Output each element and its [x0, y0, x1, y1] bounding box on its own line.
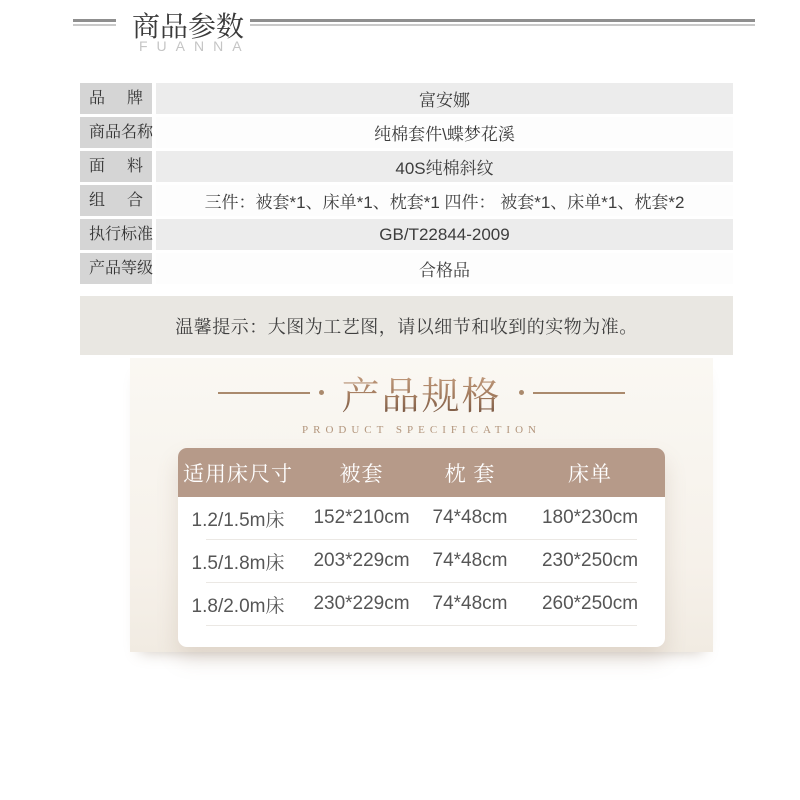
spec-cell: 230*250cm — [515, 550, 665, 572]
spec-cell: 180*230cm — [515, 507, 665, 529]
spec-cell: 1.2/1.5m床 — [178, 505, 298, 532]
spec-col-header-bed-size: 适用床尺寸 — [178, 458, 298, 488]
deco-dot-right-icon — [519, 390, 524, 395]
row-divider — [206, 625, 637, 626]
param-value-fabric: 40S纯棉斜纹 — [156, 151, 733, 182]
param-value-brand: 富安娜 — [156, 83, 733, 114]
notice-text: 温馨提示：大图为工艺图，请以细节和收到的实物为准。 — [175, 313, 638, 339]
brand-name: FUANNA — [139, 38, 251, 54]
spec-panel: 产品规格 PRODUCT SPECIFICATION 适用床尺寸 被套 枕 套 … — [130, 358, 713, 652]
spec-cell: 1.5/1.8m床 — [178, 548, 298, 575]
header-rule-left-icon — [73, 19, 116, 26]
spec-section-subtitle: PRODUCT SPECIFICATION — [302, 424, 541, 436]
spec-cell: 74*48cm — [425, 507, 515, 529]
notice-bar: 温馨提示：大图为工艺图，请以细节和收到的实物为准。 — [80, 296, 733, 355]
spec-table-row: 1.2/1.5m床 152*210cm 74*48cm 180*230cm — [178, 497, 665, 539]
spec-table-row: 1.8/2.0m床 230*229cm 74*48cm 260*250cm — [178, 583, 665, 625]
param-label-combination: 组 合 — [80, 185, 152, 216]
table-row: 执行标准 GB/T22844-2009 — [80, 219, 733, 250]
param-value-standard: GB/T22844-2009 — [156, 219, 733, 250]
spec-col-header-duvet-cover: 被套 — [298, 458, 425, 488]
param-label-product-name: 商品名称 — [80, 117, 152, 148]
spec-col-header-pillowcase: 枕 套 — [425, 458, 515, 488]
table-row: 组 合 三件：被套*1、床单*1、枕套*1 四件： 被套*1、床单*1、枕套*2 — [80, 185, 733, 216]
param-value-product-name: 纯棉套件\蝶梦花溪 — [156, 117, 733, 148]
spec-cell: 1.8/2.0m床 — [178, 591, 298, 618]
deco-line-left-icon — [218, 392, 310, 394]
spec-cell: 260*250cm — [515, 593, 665, 615]
table-row: 产品等级 合格品 — [80, 253, 733, 284]
spec-section-header: 产品规格 PRODUCT SPECIFICATION — [130, 358, 713, 436]
spec-cell: 230*229cm — [298, 593, 425, 615]
deco-line-right-icon — [533, 392, 625, 394]
spec-section-title: 产品规格 — [333, 365, 509, 420]
spec-col-header-sheet: 床单 — [515, 458, 665, 488]
header-rule-right-icon — [250, 19, 755, 26]
param-value-combination: 三件：被套*1、床单*1、枕套*1 四件： 被套*1、床单*1、枕套*2 — [156, 185, 733, 216]
param-value-grade: 合格品 — [156, 253, 733, 284]
param-label-standard: 执行标准 — [80, 219, 152, 250]
spec-table-header: 适用床尺寸 被套 枕 套 床单 — [178, 448, 665, 497]
table-row: 商品名称 纯棉套件\蝶梦花溪 — [80, 117, 733, 148]
param-label-brand: 品 牌 — [80, 83, 152, 114]
brand-header: 商品参数 FUANNA — [0, 0, 800, 60]
table-row: 面 料 40S纯棉斜纹 — [80, 151, 733, 182]
table-row: 品 牌 富安娜 — [80, 83, 733, 114]
param-label-fabric: 面 料 — [80, 151, 152, 182]
spec-cell: 74*48cm — [425, 593, 515, 615]
spec-table-card: 适用床尺寸 被套 枕 套 床单 1.2/1.5m床 152*210cm 74*4… — [178, 448, 665, 647]
spec-cell: 74*48cm — [425, 550, 515, 572]
spec-cell: 152*210cm — [298, 507, 425, 529]
spec-cell: 203*229cm — [298, 550, 425, 572]
deco-dot-left-icon — [319, 390, 324, 395]
product-params-table: 品 牌 富安娜 商品名称 纯棉套件\蝶梦花溪 面 料 40S纯棉斜纹 组 合 三… — [80, 83, 733, 287]
spec-table-row: 1.5/1.8m床 203*229cm 74*48cm 230*250cm — [178, 540, 665, 582]
param-label-grade: 产品等级 — [80, 253, 152, 284]
